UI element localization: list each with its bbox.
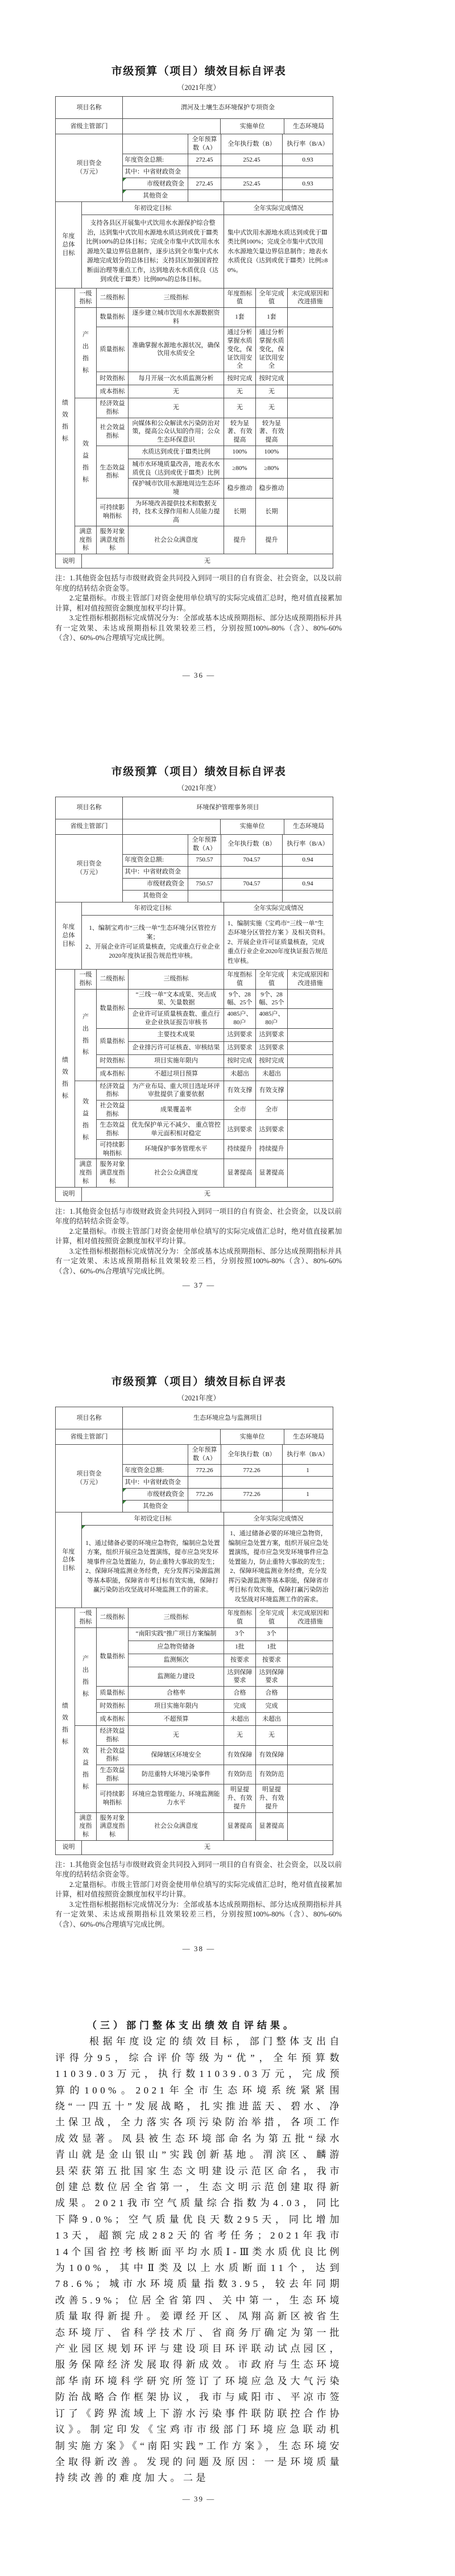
remark-band: 说明无: [55, 1187, 333, 1202]
fund-rate: 0.93: [283, 154, 333, 166]
reason-cell: [288, 1101, 333, 1120]
fund-exec: [221, 890, 283, 902]
reason-cell: [288, 479, 333, 498]
target-value: 1套: [224, 307, 256, 327]
level2-label: 数量指标: [97, 1627, 129, 1686]
footnotes: 注：1.其他资金包括与市级财政资金共同投入到同一项目的自有资金、社会资金，以及以…: [55, 1860, 342, 1930]
reason-cell: [288, 1159, 333, 1187]
project-name-band: 项目名称渭河及土壤生态环境保护专项资金: [55, 96, 333, 119]
level3-text: 环境应急管理能力、环境监测能力水平: [129, 1784, 224, 1812]
done-value: 稳步推动: [256, 479, 288, 498]
fund-rate: [283, 190, 333, 202]
level2-header: 二级指标: [97, 1608, 129, 1627]
reason-cell: [288, 1120, 333, 1139]
target-value: 显著提高: [224, 1812, 256, 1840]
footnotes: 注：1.其他资金包括与市级财政资金共同投入到同一项目的自有资金、社会资金，以及以…: [55, 574, 342, 644]
target-value: 达到要求: [224, 1120, 256, 1139]
target-value: 达到保障要求: [224, 1667, 256, 1686]
level2-label: 社会效益指标: [97, 418, 129, 446]
target-value-header: 年度指标值: [224, 1608, 256, 1627]
done-value: 通过分析掌握水质变化，保证饮用安全: [256, 327, 288, 372]
reason-header: 未完成原因和改进措施: [288, 1608, 333, 1627]
impl-unit-value: 生态环境局: [284, 819, 333, 834]
fund-name: 年度资金总额:: [123, 154, 188, 166]
done-value: 未超出: [256, 1713, 288, 1726]
reason-cell: [288, 1068, 333, 1081]
footnotes: 注：1.其他资金包括与市级财政资金共同投入到同一项目的自有资金、社会资金，以及以…: [55, 1207, 342, 1277]
level1-label: 满意度指标: [75, 526, 97, 554]
done-value: 无: [256, 398, 288, 418]
reason-cell: [288, 1009, 333, 1028]
level2-label: 经济效益指标: [97, 398, 129, 418]
fund-budget: 272.45: [188, 178, 221, 190]
provincial-dept-label: 省级主管部门: [56, 1429, 123, 1445]
level3-text: 社会公众满意度: [129, 1159, 224, 1187]
reason-cell: [288, 1667, 333, 1686]
done-value: 3个: [256, 1627, 288, 1641]
goal-set-header: 年初设定目标: [82, 202, 224, 215]
goal-actual-header: 全年实际完成情况: [224, 902, 333, 915]
level2-label: 服务对象满意度指标: [97, 1159, 129, 1187]
level3-text: 不超预算: [129, 1713, 224, 1726]
fund-name: 其中：中省财政资金: [123, 866, 188, 878]
reason-cell: [288, 1784, 333, 1812]
fund-budget: 772.26: [188, 1489, 221, 1501]
budget-a-header: 全年预算数（A）: [188, 1445, 221, 1465]
level1-label: 满意度指标: [75, 1159, 97, 1187]
footnote-line: 注：1.其他资金包括与市级财政资金共同投入到同一项目的自有资金、社会资金，以及以…: [55, 574, 342, 593]
reason-cell: [288, 1654, 333, 1667]
dept-band: 省级主管部门实施单位生态环境局: [55, 118, 333, 134]
level1-label: 产 出 指 标: [75, 307, 97, 398]
reason-cell: [288, 1765, 333, 1784]
level3-text: 优先保护单元不减少、 重点管控单元面积相对稳定: [129, 1120, 224, 1139]
done-value: 达到保障要求: [256, 1667, 288, 1686]
done-value: 完成: [256, 1700, 288, 1713]
reason-cell: [288, 1041, 333, 1054]
reason-cell: [288, 1713, 333, 1726]
target-value: 有效防范: [224, 1765, 256, 1784]
document-sheet: 市级预算（项目）绩效目标自评表（2021年度）项目名称渭河及土壤生态环境保护专项…: [0, 0, 455, 2576]
reason-cell: [288, 372, 333, 385]
report-heading: （三）部门整体支出绩效自评结果。: [55, 2017, 342, 2031]
target-value: 无: [224, 385, 256, 398]
indicator-band: 绩 效 指 标一级指标二级指标三级指标年度指标值全年完成值未完成原因和改进措施产…: [55, 288, 333, 555]
level3-text: 监测频次: [129, 1654, 224, 1667]
level2-label: 社会效益指标: [97, 1101, 129, 1120]
done-value-header: 全年完成值: [256, 1608, 288, 1627]
impl-unit-value: 生态环境局: [284, 119, 333, 134]
target-value-header: 年度指标值: [224, 970, 256, 989]
project-name-value: 环境保护管理事务项目: [123, 797, 333, 819]
fund-exec: 772.26: [221, 1465, 283, 1477]
target-value: 无: [224, 398, 256, 418]
funds-label: 项目资金 （万元）: [56, 834, 123, 902]
self-eval-table-block: 市级预算（项目）绩效目标自评表（2021年度）项目名称生态环境应急与监测项目省级…: [55, 1373, 342, 1953]
level2-label: 成本指标: [97, 1713, 129, 1726]
level1-label: 满意度指标: [75, 1812, 97, 1840]
done-value: 9个、28幅、25个: [256, 989, 288, 1008]
level3-text: 逐步建立城市饮用水水源数据资料: [129, 307, 224, 327]
fund-rate: 0.94: [283, 878, 333, 890]
target-value: 提升: [224, 526, 256, 554]
project-name-band: 项目名称生态环境应急与监测项目: [55, 1407, 333, 1429]
perf-indicators-label: 绩 效 指 标: [56, 970, 75, 1187]
target-value: 未超出: [224, 1068, 256, 1081]
reason-cell: [288, 398, 333, 418]
rate-header: 执行率（B/A）: [283, 134, 333, 154]
level3-text: 成果覆盖率: [129, 1101, 224, 1120]
fund-name: 其他资金: [123, 190, 188, 202]
reason-cell: [288, 459, 333, 478]
fund-budget: [188, 190, 221, 202]
done-value: 按时完成: [256, 372, 288, 385]
reason-cell: [288, 989, 333, 1008]
reason-cell: [288, 1081, 333, 1100]
reason-cell: [288, 385, 333, 398]
goal-set-text: 1、通过储备必要的环境应急物资，编制应急处置方案，组织开展应急处置演练，提市应急…: [82, 1526, 224, 1608]
level2-label: 可持续影响指标: [97, 1784, 129, 1812]
fund-exec: [221, 190, 283, 202]
target-value: 通过分析掌握水质变化，保证饮用安全: [224, 327, 256, 372]
reason-cell: [288, 1641, 333, 1654]
level2-label: 经济效益指标: [97, 1726, 129, 1745]
goal-actual-header: 全年实际完成情况: [224, 1512, 333, 1526]
level2-label: 成本指标: [97, 1068, 129, 1081]
level3-text: 应急物资储备: [129, 1641, 224, 1654]
level1-label: 效 益 指 标: [75, 1081, 97, 1159]
reason-cell: [288, 418, 333, 446]
level2-label: 时效指标: [97, 1700, 129, 1713]
reason-cell: [288, 526, 333, 554]
fund-rate: 1: [283, 1465, 333, 1477]
page-content: 市级预算（项目）绩效目标自评表（2021年度）项目名称渭河及土壤生态环境保护专项…: [0, 63, 342, 2504]
fund-rate: [283, 1477, 333, 1489]
reason-cell: [288, 1054, 333, 1068]
level3-text: 无: [129, 385, 224, 398]
remark-band: 说明无: [55, 554, 333, 568]
level2-label: 生态效益指标: [97, 1120, 129, 1139]
target-value: ≥80%: [224, 459, 256, 478]
blank-cell: [123, 1445, 188, 1465]
funding-band: 项目资金 （万元）全年预算数（A）全年执行数（B）执行率（B/A）年度资金总额:…: [55, 1444, 333, 1512]
fund-name: 年度资金总额:: [123, 854, 188, 866]
footnote-line: 2.定量指标。市级主管部门对资金使用单位填写的实际完成值汇总时，绝对值直接累加计…: [55, 593, 342, 613]
level2-label: 服务对象满意度指标: [97, 1812, 129, 1840]
level2-label: 生态效益指标: [97, 446, 129, 498]
reason-cell: [288, 1687, 333, 1700]
perf-indicators-label: 绩 效 指 标: [56, 288, 75, 554]
target-value: 9个、28幅、25个: [224, 989, 256, 1008]
project-name-label: 项目名称: [56, 797, 123, 819]
footnote-line: 注：1.其他资金包括与市级财政资金共同投入到同一项目的自有资金、社会资金，以及以…: [55, 1207, 342, 1227]
fund-exec: 772.26: [221, 1489, 283, 1501]
target-value: 达到要求: [224, 1028, 256, 1041]
level2-label: 可持续影响指标: [97, 1139, 129, 1159]
blank-cell: [123, 834, 188, 854]
level3-text: 企业许可证质量核查数、重点行业企业执证报告审核书: [129, 1009, 224, 1028]
provincial-dept-value: [123, 119, 221, 134]
goal-set-header: 年初设定目标: [82, 1512, 224, 1526]
exec-b-header: 全年执行数（B）: [221, 834, 283, 854]
budget-a-header: 全年预算数（A）: [188, 134, 221, 154]
level1-header: 一级指标: [75, 970, 97, 989]
target-value: 1批: [224, 1641, 256, 1654]
level2-label: 服务对象满意度指标: [97, 526, 129, 554]
level1-label: 效 益 指 标: [75, 1726, 97, 1813]
done-value: 显著提高: [256, 1159, 288, 1187]
target-value: 持续提升: [224, 1139, 256, 1159]
goal-actual-header: 全年实际完成情况: [224, 202, 333, 215]
impl-unit-value: 生态环境局: [284, 1429, 333, 1445]
target-value: 100%: [224, 446, 256, 459]
target-value: 全市: [224, 1101, 256, 1120]
goal-actual-text: 集中式饮用水源地水质达到或优于Ⅲ类比例100%；完成全市集中式饮用水水源地矢量边…: [224, 215, 333, 288]
target-value: 按时完成: [224, 372, 256, 385]
target-value: 达到要求: [224, 1041, 256, 1054]
table-title: 市级预算（项目）绩效目标自评表: [55, 763, 342, 778]
done-value: 100%: [256, 446, 288, 459]
fund-name: 其他资金: [123, 890, 188, 902]
dept-band: 省级主管部门实施单位生态环境局: [55, 1429, 333, 1445]
fund-rate: 1: [283, 1489, 333, 1501]
remark-band: 说明无: [55, 1840, 333, 1855]
level3-header: 三级指标: [129, 970, 224, 989]
goal-actual-text: 1、通过储备必要的环境应急物资，编制应急处置方案，组织开展应急处置演练，提市应急…: [224, 1526, 333, 1608]
remark-value: 无: [82, 1187, 333, 1201]
funds-label: 项目资金 （万元）: [56, 134, 123, 202]
level3-text: 主要技术成果: [129, 1028, 224, 1041]
fund-exec: [221, 1477, 283, 1489]
done-value: 显著提高: [256, 1812, 288, 1840]
fund-exec: 252.45: [221, 178, 283, 190]
target-value: 按要求: [224, 1654, 256, 1667]
done-value: 提升: [256, 526, 288, 554]
provincial-dept-value: [123, 819, 221, 834]
fund-rate: 0.94: [283, 854, 333, 866]
table-year: （2021年度）: [55, 782, 342, 793]
reason-cell: [288, 1028, 333, 1041]
target-value: 3个: [224, 1627, 256, 1641]
level3-text: 保障辖区环境安全: [129, 1745, 224, 1765]
done-value: 达到要求: [256, 1120, 288, 1139]
impl-unit-label: 实施单位: [221, 819, 284, 834]
level3-text: 水质达到或优于Ⅲ类比例: [129, 446, 224, 459]
fund-name: 市级财政资金: [123, 878, 188, 890]
level3-text: 为环境改善提供技术和数据支持，技术支撑作用和人员能力提高: [129, 498, 224, 526]
level2-label: 质量指标: [97, 327, 129, 372]
remark-label: 说明: [56, 1840, 82, 1854]
reason-cell: [288, 1627, 333, 1641]
level2-label: 社会效益指标: [97, 1745, 129, 1765]
table-title: 市级预算（项目）绩效目标自评表: [55, 63, 342, 78]
fund-budget: [188, 890, 221, 902]
level2-label: 时效指标: [97, 1054, 129, 1068]
footnote-line: 2.定量指标。市级主管部门对资金使用单位填写的实际完成值汇总时，绝对值直接累加计…: [55, 1880, 342, 1900]
fund-budget: [188, 166, 221, 178]
reason-cell: [288, 1726, 333, 1745]
self-eval-table-block: 市级预算（项目）绩效目标自评表（2021年度）项目名称渭河及土壤生态环境保护专项…: [55, 63, 342, 680]
annual-goal-label: 年度 总体 目标: [56, 202, 82, 288]
project-name-label: 项目名称: [56, 97, 123, 119]
annual-goal-label: 年度 总体 目标: [56, 902, 82, 970]
goal-band: 年度 总体 目标年初设定目标全年实际完成情况1、编制宝鸡市“三线一单”生态环境分…: [55, 902, 333, 970]
done-value: 无: [256, 385, 288, 398]
level3-text: “南阳实践”推广项目方案编制: [129, 1627, 224, 1641]
level3-text: 企业排污许可证核查、审核结果: [129, 1041, 224, 1054]
done-value: 长期: [256, 498, 288, 526]
project-name-band: 项目名称环境保护管理事务项目: [55, 797, 333, 819]
remark-value: 无: [82, 1840, 333, 1854]
level3-text: 社会公众满意度: [129, 1812, 224, 1840]
level3-header: 三级指标: [129, 1608, 224, 1627]
level3-text: 保护城市饮用水源地周边生态环境: [129, 479, 224, 498]
remark-value: 无: [82, 554, 333, 568]
project-name-value: 渭河及土壤生态环境保护专项资金: [123, 97, 333, 119]
done-value: 全市: [256, 1101, 288, 1120]
level1-label: 效 益 指 标: [75, 398, 97, 526]
fund-exec: 704.57: [221, 854, 283, 866]
exec-b-header: 全年执行数（B）: [221, 134, 283, 154]
fund-rate: [283, 890, 333, 902]
done-value: 较为显著、有效提高: [256, 418, 288, 446]
fund-name: 市级财政资金: [123, 1489, 188, 1501]
report-section: （三）部门整体支出绩效自评结果。 根据年度设定的绩效目标，部门整体支出自评得分9…: [55, 2017, 342, 2503]
fund-exec: [221, 166, 283, 178]
fund-exec: 704.57: [221, 878, 283, 890]
level2-label: 质量指标: [97, 1028, 129, 1054]
project-name-value: 生态环境应急与监测项目: [123, 1407, 333, 1429]
reason-cell: [288, 307, 333, 327]
fund-name: 年度资金总额:: [123, 1465, 188, 1477]
done-value: 4085户、80户: [256, 1009, 288, 1028]
reason-header: 未完成原因和改进措施: [288, 970, 333, 989]
perf-indicators-label: 绩 效 指 标: [56, 1608, 75, 1841]
level1-header: 一级指标: [75, 288, 97, 307]
dept-band: 省级主管部门实施单位生态环境局: [55, 819, 333, 835]
done-value: 有效支撑: [256, 1081, 288, 1100]
indicator-band: 绩 效 指 标一级指标二级指标三级指标年度指标值全年完成值未完成原因和改进措施产…: [55, 969, 333, 1187]
done-value: 达到要求: [256, 1028, 288, 1041]
blank-cell: [123, 134, 188, 154]
fund-exec: [221, 1501, 283, 1512]
fund-budget: [188, 866, 221, 878]
target-value: 合格: [224, 1687, 256, 1700]
done-value: 持续提升: [256, 1139, 288, 1159]
reason-cell: [288, 1700, 333, 1713]
goal-actual-text: 1、编制实施《宝鸡市“三线一单”生态环境分区管控方案 》及相关资料。 2、开展企…: [224, 915, 333, 970]
level3-text: “三线一单”文本成果、突击成果、矢量数据: [129, 989, 224, 1008]
done-value-header: 全年完成值: [256, 288, 288, 307]
level3-header: 三级指标: [129, 288, 224, 307]
target-value: 有效支撑: [224, 1081, 256, 1100]
level2-label: 数量指标: [97, 989, 129, 1028]
done-value-header: 全年完成值: [256, 970, 288, 989]
fund-budget: 750.57: [188, 878, 221, 890]
page-number: — 38 —: [55, 1944, 342, 1953]
fund-name: 其他资金: [123, 1501, 188, 1512]
exec-b-header: 全年执行数（B）: [221, 1445, 283, 1465]
level3-text: 社会公众满意度: [129, 526, 224, 554]
level3-text: 向媒体和公众解读水污染防治对策，提高公众认知的作用；公众生态环保意识: [129, 418, 224, 446]
level3-text: 准确掌握水源地水源状况，确保饮用水质安全: [129, 327, 224, 372]
rate-header: 执行率（B/A）: [283, 1445, 333, 1465]
reason-cell: [288, 1139, 333, 1159]
level2-label: 成本指标: [97, 385, 129, 398]
page-number: — 37 —: [55, 1281, 342, 1290]
fund-name: 其中：中省财政资金: [123, 1477, 188, 1489]
level3-text: 为产业布局、重大项目选址环评审批提供了重要依据: [129, 1081, 224, 1100]
provincial-dept-label: 省级主管部门: [56, 819, 123, 834]
goal-band: 年度 总体 目标年初设定目标全年实际完成情况1、通过储备必要的环境应急物资，编制…: [55, 1512, 333, 1608]
level2-label: 质量指标: [97, 1687, 129, 1700]
fund-budget: 272.45: [188, 154, 221, 166]
provincial-dept-label: 省级主管部门: [56, 119, 123, 134]
goal-set-text: 1、编制宝鸡市“三线一单”生态环境分区管控方案； 2、开展企业许可证质量核查，完…: [82, 915, 224, 970]
reason-cell: [288, 498, 333, 526]
indicator-band: 绩 效 指 标一级指标二级指标三级指标年度指标值全年完成值未完成原因和改进措施产…: [55, 1608, 333, 1841]
done-value: 未超出: [256, 1068, 288, 1081]
footnote-line: 3.定性指标根据指标完成情况分为：全部或基本达成预期指标、部分达成预期指标并具有…: [55, 1247, 342, 1277]
footnote-line: 2.定量指标。市级主管部门对资金使用单位填写的实际完成值汇总时，绝对值直接累加计…: [55, 1227, 342, 1247]
level2-label: 可持续影响指标: [97, 498, 129, 526]
goal-set-text: 支持各县区开展集中式饮用水水源保护综合整治，达到集中式饮用水源地水质达到或优于Ⅲ…: [82, 215, 224, 288]
self-eval-table-block: 市级预算（项目）绩效目标自评表（2021年度）项目名称环境保护管理事务项目省级主…: [55, 763, 342, 1290]
funds-label: 项目资金 （万元）: [56, 1445, 123, 1512]
provincial-dept-value: [123, 1429, 221, 1445]
fund-rate: [283, 166, 333, 178]
level3-text: 不超过项目预算: [129, 1068, 224, 1081]
table-title: 市级预算（项目）绩效目标自评表: [55, 1373, 342, 1388]
fund-budget: 750.57: [188, 854, 221, 866]
impl-unit-label: 实施单位: [221, 1429, 284, 1445]
done-value: 达到要求: [256, 1041, 288, 1054]
impl-unit-label: 实施单位: [221, 119, 284, 134]
goal-set-header: 年初设定目标: [82, 902, 224, 915]
target-value: 无: [224, 1726, 256, 1745]
done-value: ≥80%: [256, 459, 288, 478]
remark-label: 说明: [56, 554, 82, 568]
target-value: 完成: [224, 1700, 256, 1713]
level2-label: 数量指标: [97, 307, 129, 327]
target-value-header: 年度指标值: [224, 288, 256, 307]
page-number: — 36 —: [55, 671, 342, 680]
level3-text: 项目实施年限内: [129, 1054, 224, 1068]
fund-rate: 0.93: [283, 178, 333, 190]
reason-cell: [288, 327, 333, 372]
reason-cell: [288, 446, 333, 459]
fund-exec: [221, 866, 283, 878]
report-body: 根据年度设定的绩效目标，部门整体支出自评得分95，综合评价等级为“优”，全年预算…: [55, 2034, 342, 2486]
level2-label: 生态效益指标: [97, 1765, 129, 1784]
level3-text: 防范重特大环境污染事件: [129, 1765, 224, 1784]
done-value: 有效保障: [256, 1745, 288, 1765]
done-value: 按要求: [256, 1654, 288, 1667]
fund-budget: 772.26: [188, 1465, 221, 1477]
tables-root: 市级预算（项目）绩效目标自评表（2021年度）项目名称渭河及土壤生态环境保护专项…: [55, 63, 342, 1953]
level1-label: 产 出 指 标: [75, 989, 97, 1081]
goal-band: 年度 总体 目标年初设定目标全年实际完成情况支持各县区开展集中式饮用水水源保护综…: [55, 201, 333, 288]
done-value: 1套: [256, 307, 288, 327]
fund-name: 市级财政资金: [123, 178, 188, 190]
table-year: （2021年度）: [55, 1392, 342, 1403]
footnote-line: 3.定性指标根据指标完成情况分为：全部或基本达成预期指标、部分达成预期指标并具有…: [55, 1900, 342, 1930]
funding-band: 项目资金 （万元）全年预算数（A）全年执行数（B）执行率（B/A）年度资金总额:…: [55, 134, 333, 202]
done-value: 1批: [256, 1641, 288, 1654]
target-value: 显著提高: [224, 1159, 256, 1187]
fund-name: 其中：中省财政资金: [123, 166, 188, 178]
target-value: 长期: [224, 498, 256, 526]
